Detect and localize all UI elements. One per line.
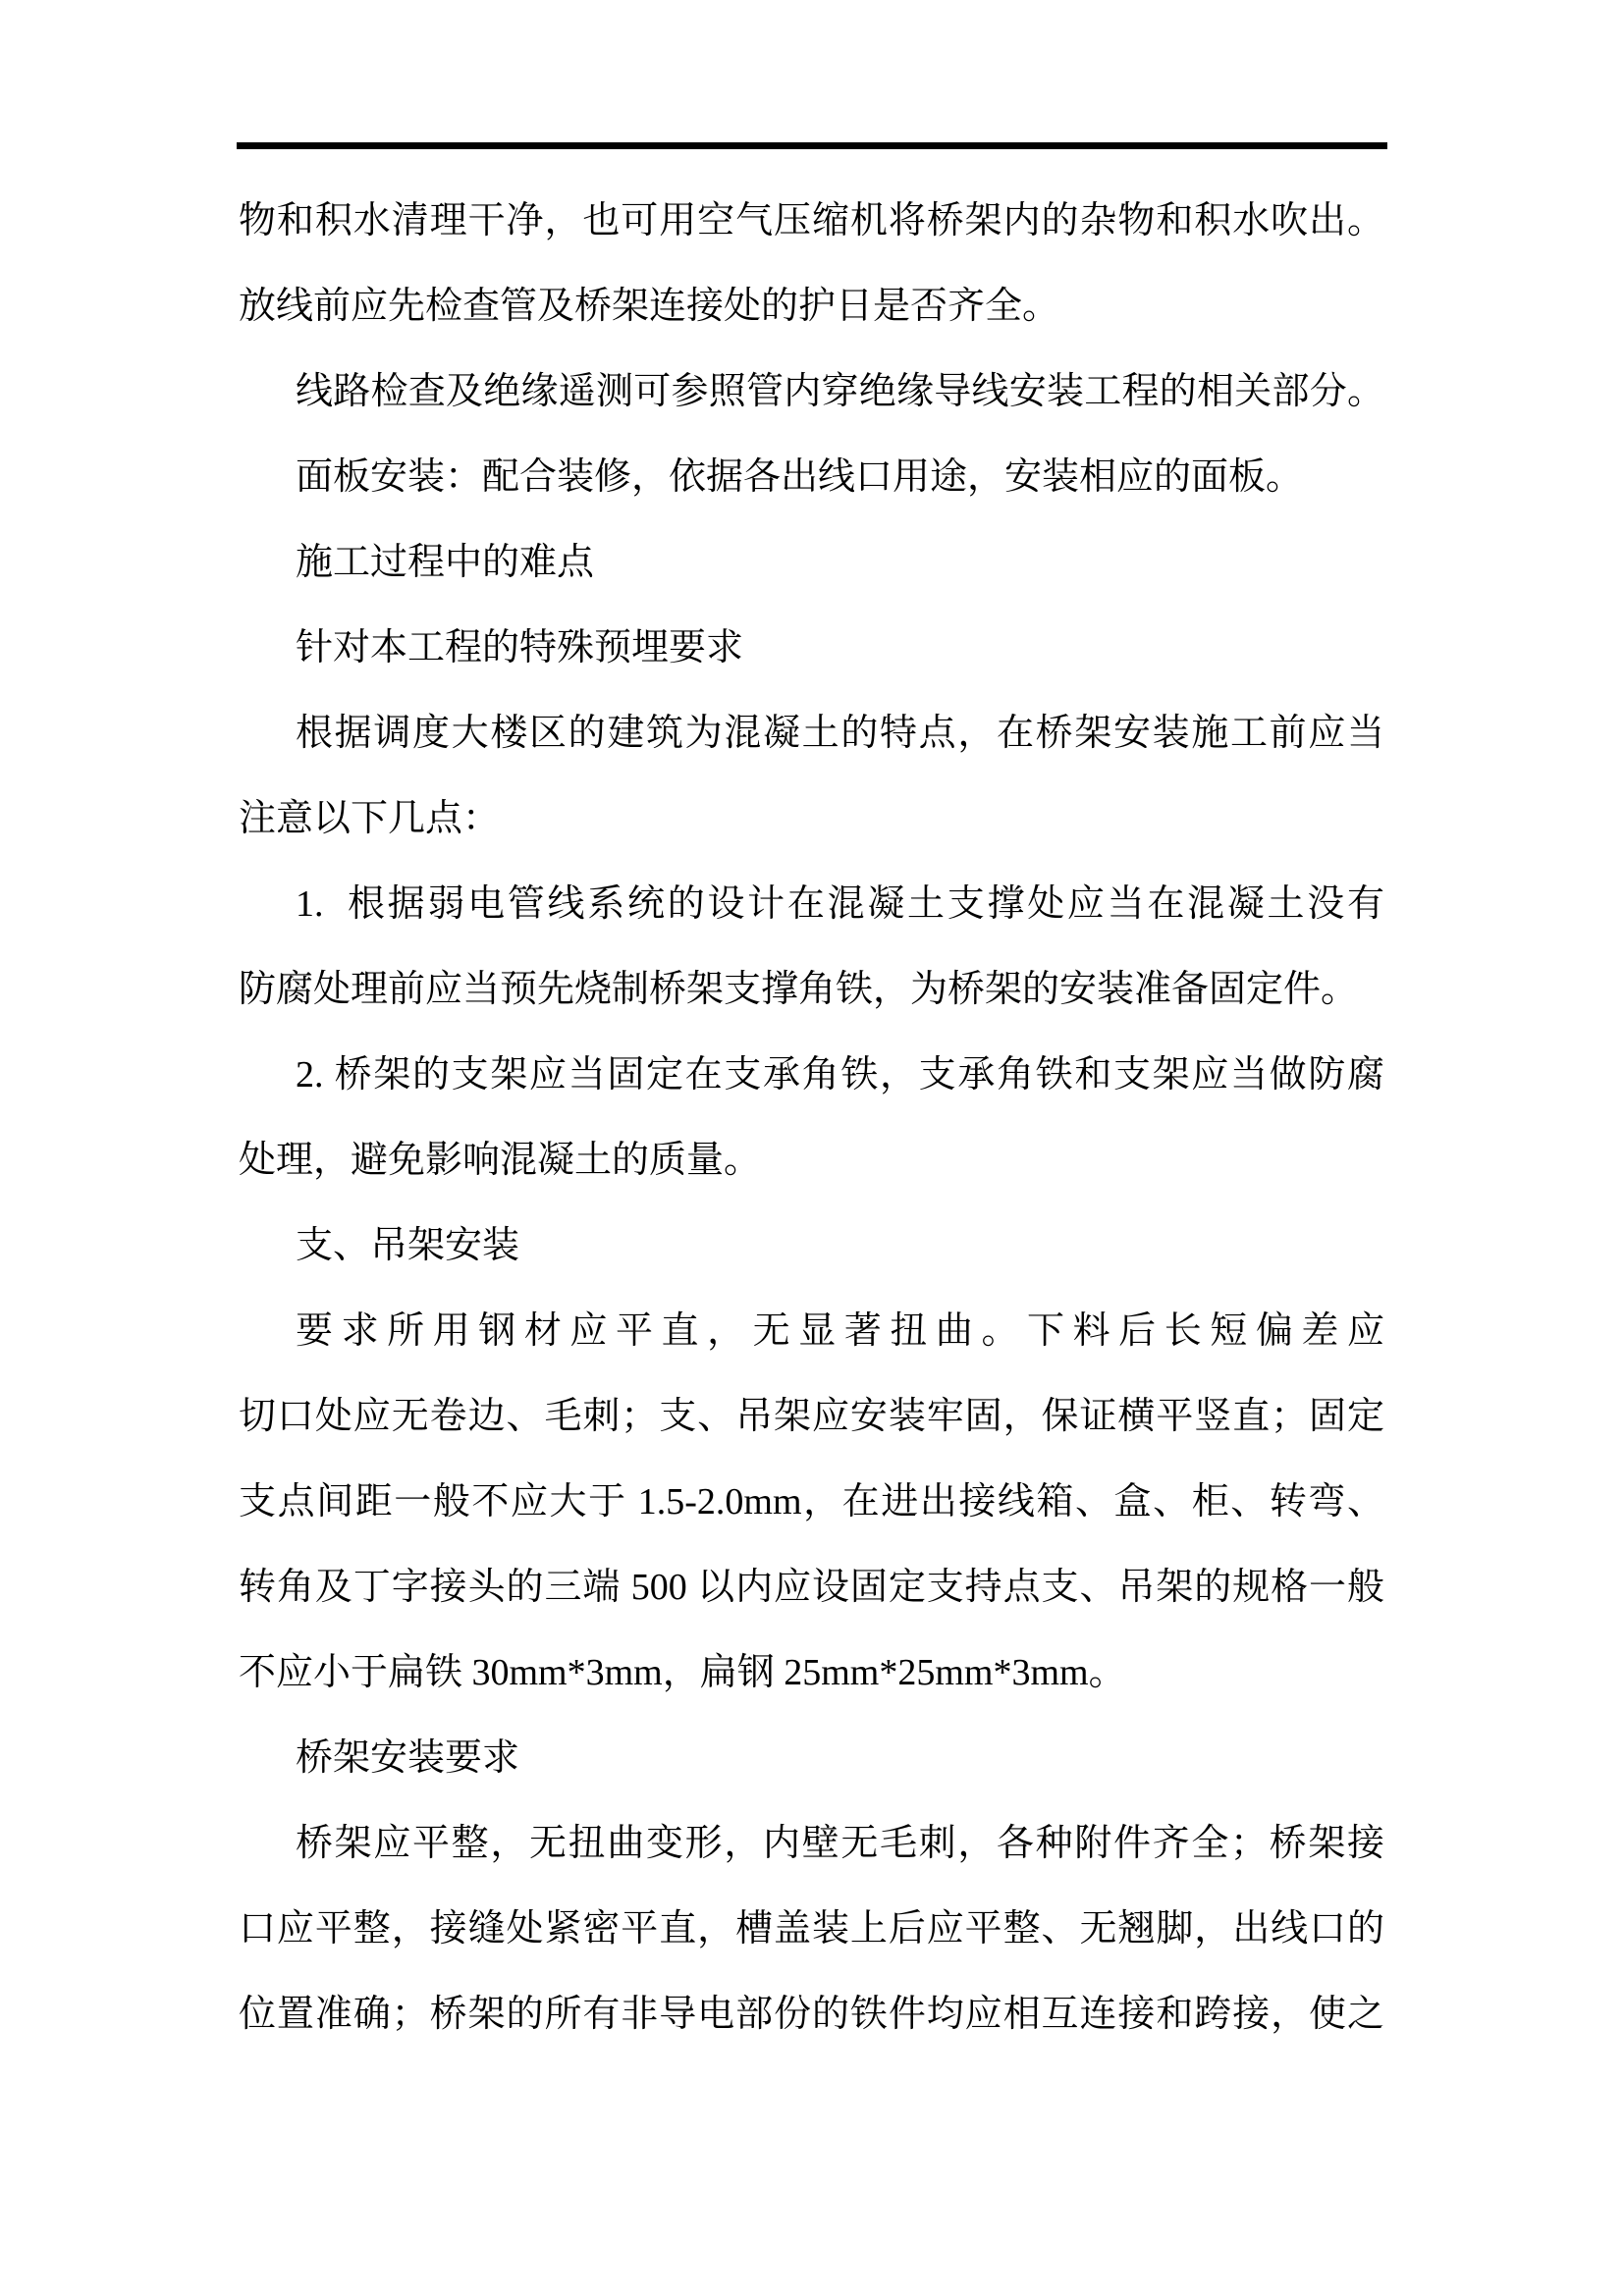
header-rule xyxy=(237,142,1387,149)
text-line: 注意以下几点： xyxy=(239,776,1384,862)
text-line: 口应平整，接缝处紧密平直，槽盖装上后应平整、无翘脚，出线口的 xyxy=(239,1887,1384,1972)
text-line: 支点间距一般不应大于 1.5-2.0mm，在进出接线箱、盒、柜、转弯、 xyxy=(239,1460,1384,1545)
text-line: 2. 桥架的支架应当固定在支承角铁，支承角铁和支架应当做防腐 xyxy=(239,1033,1384,1118)
text-line: 切口处应无卷边、毛刺；支、吊架应安装牢固，保证横平竖直；固定 xyxy=(239,1374,1384,1460)
text-line: 支、吊架安装 xyxy=(239,1203,1384,1289)
text-line: 处理，避免影响混凝土的质量。 xyxy=(239,1118,1384,1203)
text-line: 面板安装：配合装修，依据各出线口用途，安装相应的面板。 xyxy=(239,435,1384,520)
text-line: 转角及丁字接头的三端 500 以内应设固定支持点支、吊架的规格一般 xyxy=(239,1545,1384,1630)
text-line: 放线前应先检查管及桥架连接处的护日是否齐全。 xyxy=(239,264,1384,349)
text-line: 要求所用钢材应平直，无显著扭曲。下料后长短偏差应在 5mm 内， xyxy=(239,1289,1384,1374)
text-line: 桥架安装要求 xyxy=(239,1716,1384,1801)
text-line: 线路检查及绝缘遥测可参照管内穿绝缘导线安装工程的相关部分。 xyxy=(239,349,1384,435)
text-line: 桥架应平整，无扭曲变形，内壁无毛刺，各种附件齐全；桥架接 xyxy=(239,1801,1384,1887)
text-line: 施工过程中的难点 xyxy=(239,520,1384,606)
text-line: 位置准确；桥架的所有非导电部份的铁件均应相互连接和跨接，使之 xyxy=(239,1972,1384,2057)
text-line: 防腐处理前应当预先烧制桥架支撑角铁，为桥架的安装准备固定件。 xyxy=(239,947,1384,1033)
text-line: 物和积水清理干净，也可用空气压缩机将桥架内的杂物和积水吹出。 xyxy=(239,179,1384,264)
document-body: 物和积水清理干净，也可用空气压缩机将桥架内的杂物和积水吹出。放线前应先检查管及桥… xyxy=(239,179,1384,2057)
text-line: 1. 根据弱电管线系统的设计在混凝土支撑处应当在混凝土没有 xyxy=(239,862,1384,947)
text-line: 不应小于扁铁 30mm*3mm，扁钢 25mm*25mm*3mm。 xyxy=(239,1630,1384,1716)
document-page: 物和积水清理干净，也可用空气压缩机将桥架内的杂物和积水吹出。放线前应先检查管及桥… xyxy=(0,0,1624,2296)
text-line: 针对本工程的特殊预埋要求 xyxy=(239,606,1384,691)
text-line: 根据调度大楼区的建筑为混凝土的特点，在桥架安装施工前应当 xyxy=(239,691,1384,776)
